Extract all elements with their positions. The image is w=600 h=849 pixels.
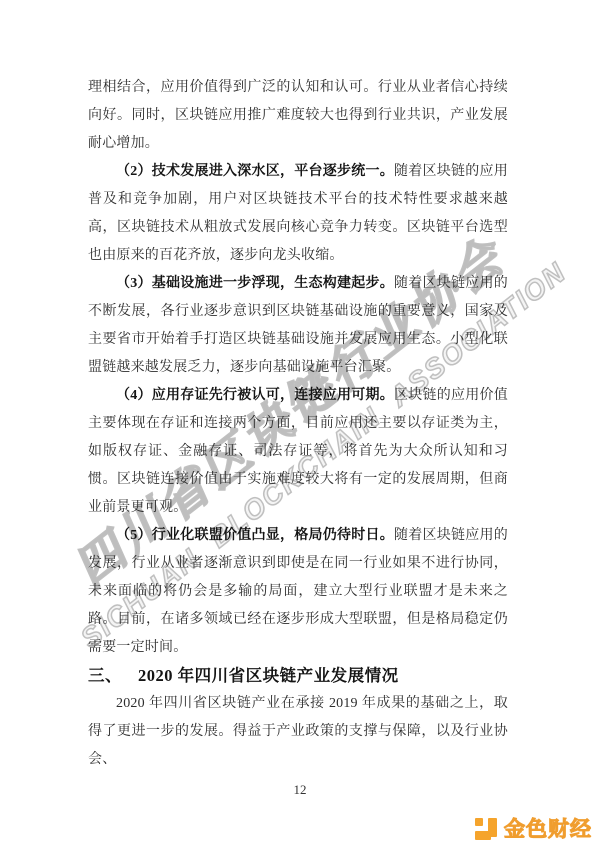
jinse-logo-text: 金色财经 [504,813,592,843]
page-number: 12 [0,782,600,798]
paragraph-lead: （3）基础设施进一步浮现，生态构建起步。 [116,276,394,291]
paragraph-lead: （4）应用存证先行被认可，连接应用可期。 [116,388,394,403]
paragraph-item-3: （3）基础设施进一步浮现，生态构建起步。随着区块链应用的不断发展，各行业逐步意识… [88,270,508,382]
paragraph-text: 理相结合，应用价值得到广泛的认知和认可。行业从业者信心持续向好。同时，区块链应用… [88,80,508,151]
section-title: 2020 年四川省区块链产业发展情况 [138,666,399,685]
paragraph-text: 随着区块链应用的发展，行业从业者逐渐意识到即使是在同一行业如果不进行协同，未来面… [88,528,508,655]
jinse-finance-icon [473,815,499,841]
paragraph-continuation: 理相结合，应用价值得到广泛的认知和认可。行业从业者信心持续向好。同时，区块链应用… [88,74,508,158]
jinse-finance-logo: 金色财经 [473,813,592,843]
logo-horizontal-bar-shape [475,831,491,840]
paragraph-lead: （2）技术发展进入深水区，平台逐步统一。 [116,164,394,179]
paragraph-text: 2020 年四川省区块链产业在承接 2019 年成果的基础之上，取得了更进一步的… [88,696,508,767]
paragraph-item-5: （5）行业化联盟价值凸显，格局仍待时日。随着区块链应用的发展，行业从业者逐渐意识… [88,522,508,662]
section-number: 三、 [88,666,122,685]
paragraph-closing: 2020 年四川省区块链产业在承接 2019 年成果的基础之上，取得了更进一步的… [88,690,508,774]
paragraph-item-4: （4）应用存证先行被认可，连接应用可期。区块链的应用价值主要体现在存证和连接两个… [88,382,508,522]
paragraph-text: 区块链的应用价值主要体现在存证和连接两个方面，目前应用还主要以存证类为主，如版权… [88,388,508,515]
logo-square-shape [475,818,483,826]
paragraph-lead: （5）行业化联盟价值凸显，格局仍待时日。 [116,528,394,543]
document-body: 理相结合，应用价值得到广泛的认知和认可。行业从业者信心持续向好。同时，区块链应用… [88,74,508,774]
section-heading: 三、2020 年四川省区块链产业发展情况 [88,662,508,690]
paragraph-item-2: （2）技术发展进入深水区，平台逐步统一。随着区块链的应用普及和竞争加剧，用户对区… [88,158,508,270]
document-page: 四川省区块链行业协会 SICHUAN BLOCKCHAIN ASSOCIATIO… [0,0,600,849]
